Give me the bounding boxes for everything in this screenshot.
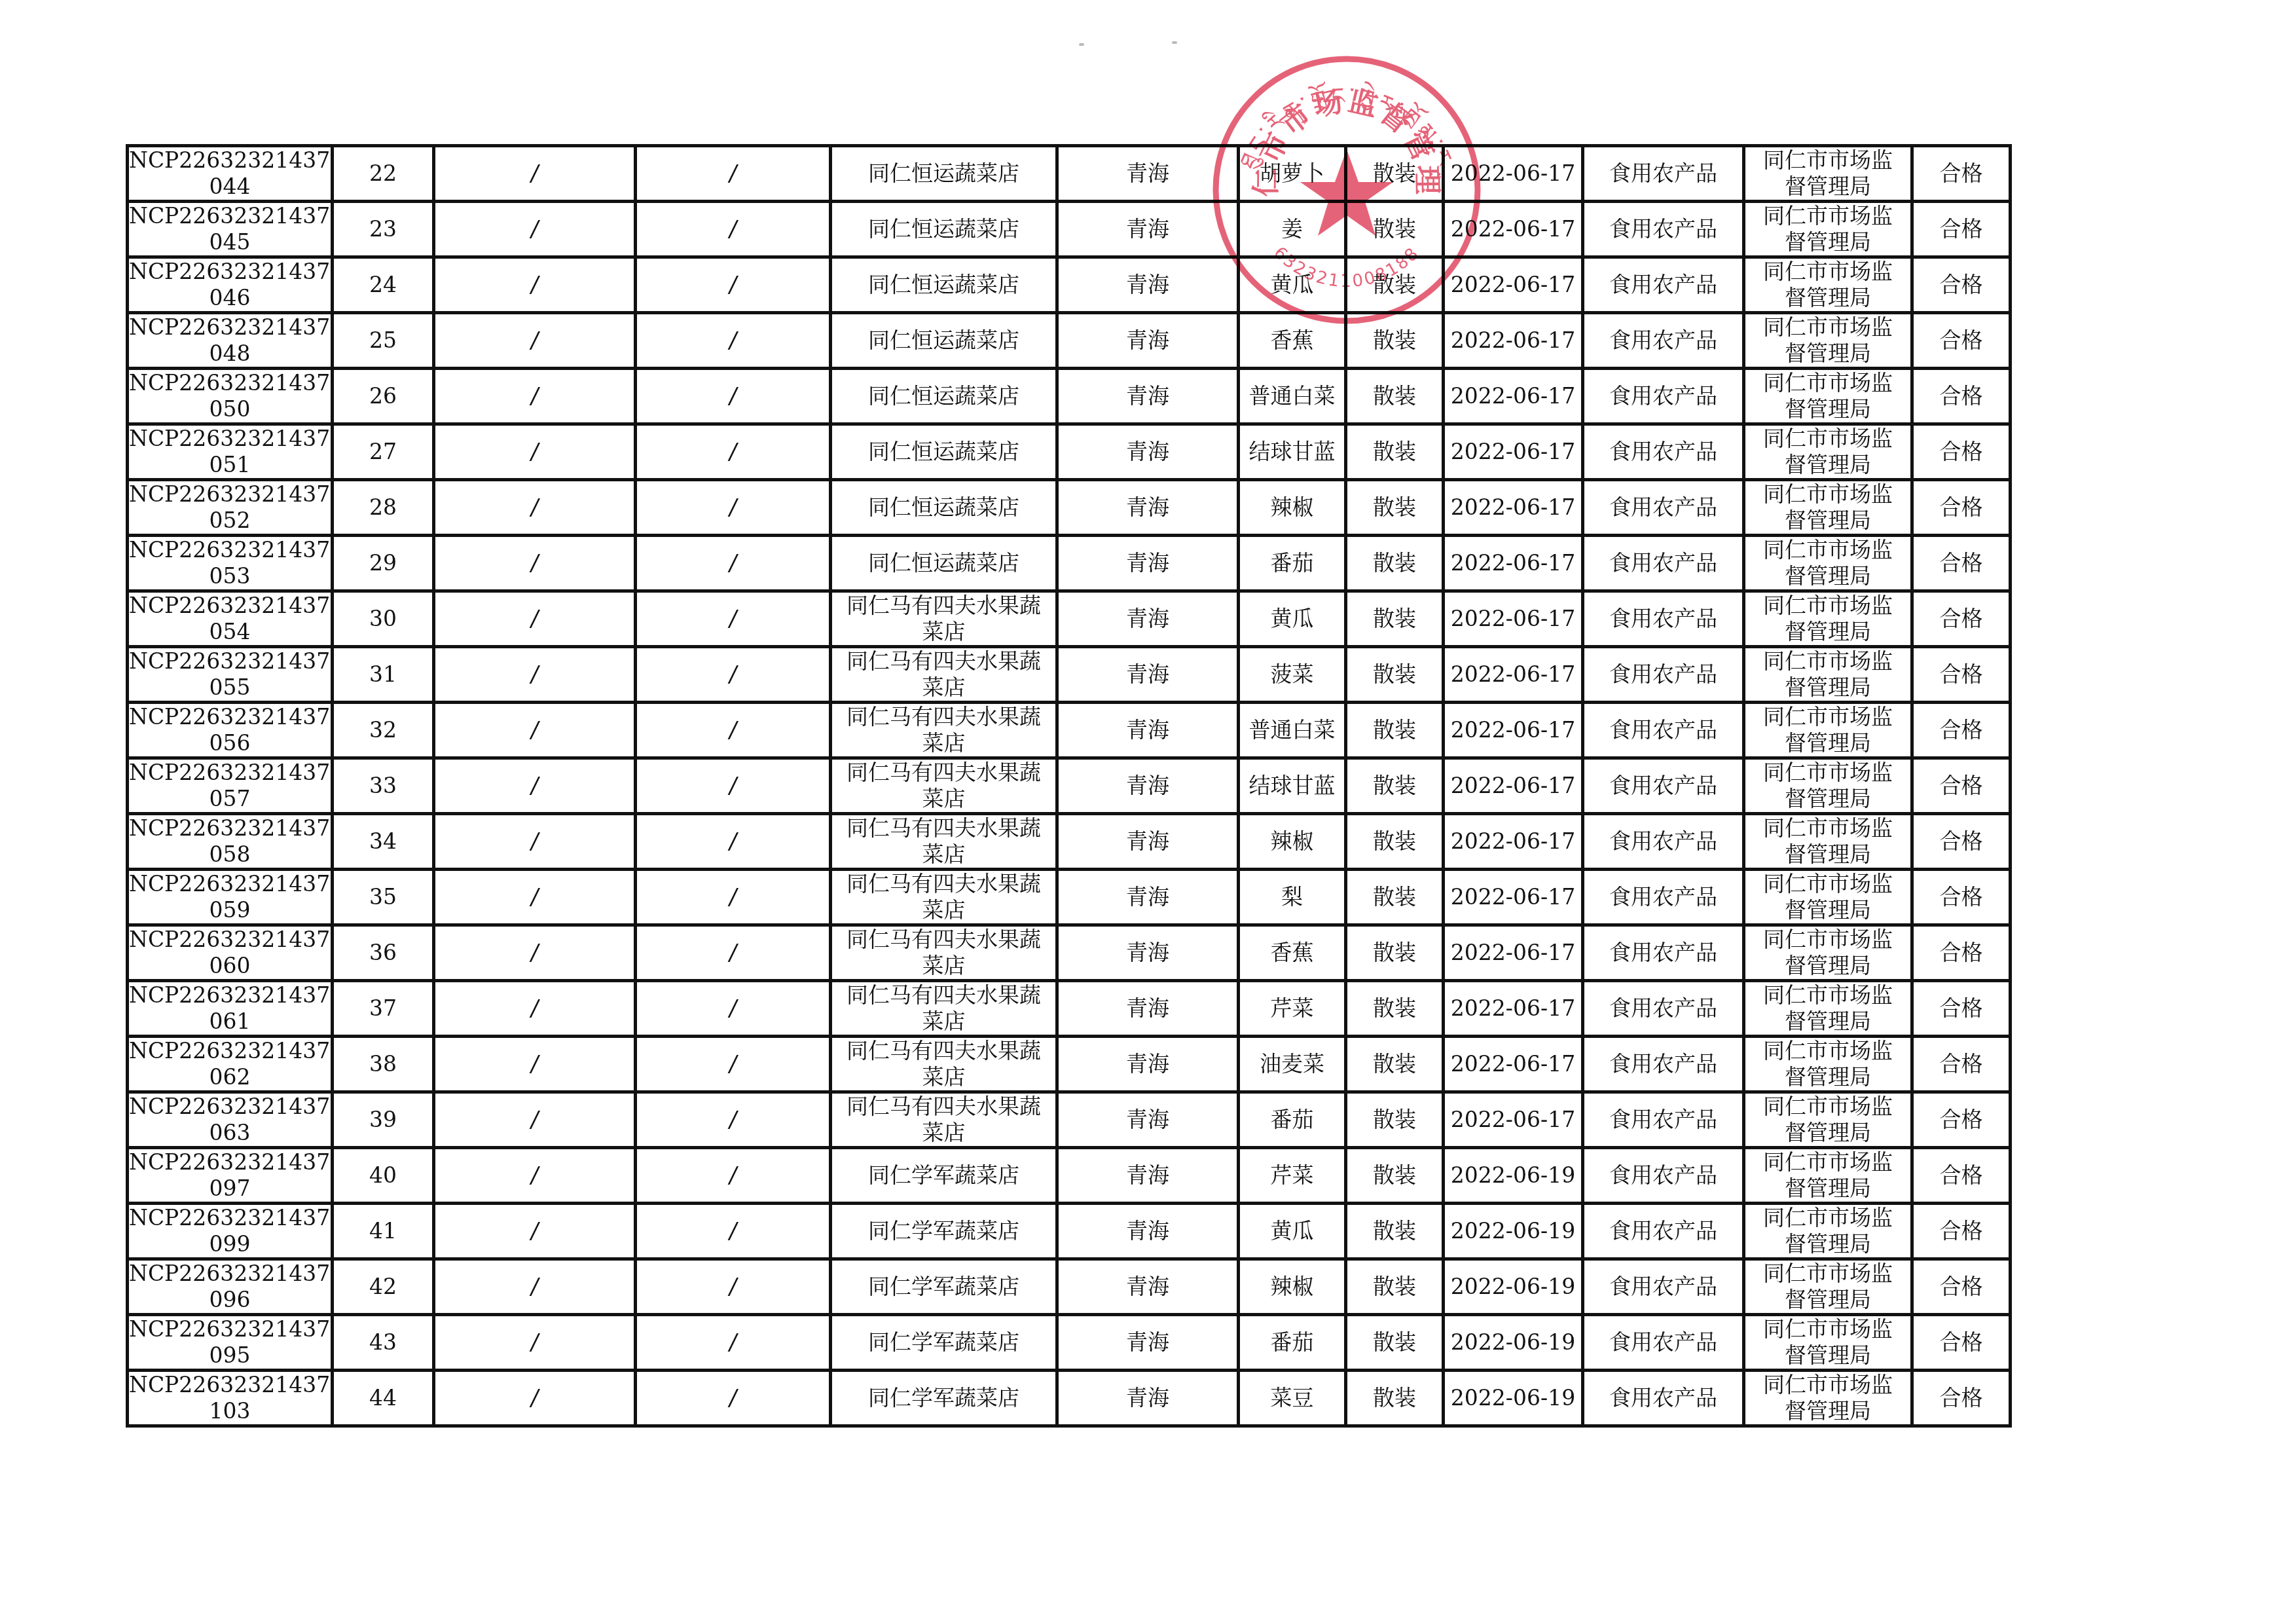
manufacturer-address-cell-text: /: [729, 884, 737, 910]
manufacturer-address-cell-text: /: [729, 828, 737, 854]
manufacturer-address-cell: /: [636, 313, 831, 369]
province-cell: 青海: [1057, 647, 1239, 703]
manufacturer-name-cell-text: /: [531, 828, 538, 854]
province-cell: 青海: [1057, 703, 1239, 758]
sampled-unit-cell-text: 菜店: [922, 730, 966, 756]
manufacturer-name-cell-text: /: [531, 1051, 538, 1077]
sampled-unit-cell-text: 菜店: [922, 841, 966, 867]
task-source-cell-text: 同仁市市场监: [1763, 147, 1893, 173]
manufacturer-address-cell: /: [636, 202, 831, 257]
food-name-cell-text: 黄瓜: [1271, 272, 1314, 297]
serial-number-cell: 40: [333, 1148, 434, 1204]
sample-id-cell-text: NCP22632321437430: [129, 1038, 333, 1063]
manufacturer-name-cell-text: /: [531, 1218, 538, 1244]
category-cell: 食用农产品: [1583, 146, 1744, 202]
production-date-cell: 2022-06-17: [1444, 146, 1583, 202]
scan-speck: [1079, 43, 1084, 46]
manufacturer-name-cell-text: /: [531, 272, 538, 297]
specification-cell-text: 散装: [1373, 1107, 1416, 1132]
sample-id-cell-text: NCP22632321437430: [129, 760, 333, 785]
sample-id-cell: NCP22632321437430052: [128, 480, 333, 536]
serial-number-cell-text: 24: [369, 272, 397, 297]
production-date-cell: 2022-06-17: [1444, 1092, 1583, 1148]
table-row: NCP2263232143743005026//同仁恒运蔬菜店青海普通白菜散装2…: [128, 369, 2011, 424]
serial-number-cell: 26: [333, 369, 434, 424]
category-cell: 食用农产品: [1583, 1315, 1744, 1371]
manufacturer-address-cell: /: [636, 703, 831, 758]
table-row: NCP2263232143743004422//同仁恒运蔬菜店青海胡萝卜散装20…: [128, 146, 2011, 202]
result-cell: 合格: [1912, 369, 2011, 424]
province-cell-text: 青海: [1126, 1385, 1169, 1411]
manufacturer-name-cell: /: [434, 257, 636, 313]
manufacturer-address-cell-text: /: [729, 717, 737, 743]
category-cell: 食用农产品: [1583, 925, 1744, 981]
production-date-cell: 2022-06-19: [1444, 1371, 1583, 1426]
serial-number-cell: 27: [333, 424, 434, 480]
serial-number-cell-text: 29: [369, 550, 397, 576]
specification-cell-text: 散装: [1373, 160, 1416, 186]
sampled-unit-cell-text: 菜店: [922, 786, 966, 811]
sampled-unit-cell-text: 菜店: [922, 897, 966, 923]
sample-id-cell-text: 062: [210, 1064, 251, 1090]
production-date-cell-text: 2022-06-17: [1451, 1107, 1575, 1132]
serial-number-cell-text: 42: [369, 1274, 397, 1299]
category-cell-text: 食用农产品: [1609, 1162, 1717, 1188]
specification-cell-text: 散装: [1373, 717, 1416, 743]
sample-id-cell-text: 044: [210, 174, 251, 199]
sampled-unit-cell-text: 同仁马有四夫水果蔬: [847, 1038, 1041, 1063]
sampled-unit-cell-text: 同仁恒运蔬菜店: [868, 327, 1019, 353]
sampled-unit-cell-text: 同仁马有四夫水果蔬: [847, 593, 1041, 618]
sampled-unit-cell-text: 同仁恒运蔬菜店: [868, 494, 1019, 520]
result-cell-text: 合格: [1940, 439, 1983, 464]
manufacturer-name-cell: /: [434, 146, 636, 202]
food-name-cell-text: 结球甘蓝: [1249, 773, 1336, 798]
manufacturer-address-cell: /: [636, 1259, 831, 1315]
food-name-cell: 香蕉: [1239, 925, 1346, 981]
sample-id-cell: NCP22632321437430057: [128, 758, 333, 814]
table-row: NCP2263232143743009642//同仁学军蔬菜店青海辣椒散装202…: [128, 1259, 2011, 1315]
task-source-cell-text: 督管理局: [1785, 563, 1871, 589]
manufacturer-address-cell: /: [636, 1148, 831, 1204]
manufacturer-address-cell: /: [636, 146, 831, 202]
province-cell: 青海: [1057, 981, 1239, 1037]
manufacturer-name-cell: /: [434, 1037, 636, 1092]
sample-id-cell-text: NCP22632321437430: [129, 927, 333, 952]
sampled-unit-cell-text: 同仁学军蔬菜店: [868, 1162, 1019, 1188]
result-cell: 合格: [1912, 1092, 2011, 1148]
serial-number-cell: 24: [333, 257, 434, 313]
category-cell-text: 食用农产品: [1609, 272, 1717, 297]
manufacturer-address-cell: /: [636, 925, 831, 981]
production-date-cell: 2022-06-17: [1444, 981, 1583, 1037]
sample-id-cell: NCP22632321437430054: [128, 591, 333, 647]
category-cell: 食用农产品: [1583, 313, 1744, 369]
specification-cell: 散装: [1346, 536, 1444, 591]
specification-cell: 散装: [1346, 369, 1444, 424]
task-source-cell: 同仁市市场监督管理局: [1744, 257, 1912, 313]
sampled-unit-cell-text: 菜店: [922, 619, 966, 644]
sample-id-cell-text: 057: [210, 786, 251, 811]
result-cell: 合格: [1912, 202, 2011, 257]
task-source-cell: 同仁市市场监督管理局: [1744, 1371, 1912, 1426]
manufacturer-name-cell: /: [434, 536, 636, 591]
sample-id-cell-text: NCP22632321437430: [129, 147, 333, 173]
sample-id-cell-text: 052: [210, 507, 251, 533]
province-cell-text: 青海: [1126, 995, 1169, 1021]
table-body: NCP2263232143743004422//同仁恒运蔬菜店青海胡萝卜散装20…: [128, 146, 2011, 1426]
table-row: NCP2263232143743006137//同仁马有四夫水果蔬菜店青海芹菜散…: [128, 981, 2011, 1037]
food-name-cell: 辣椒: [1239, 1259, 1346, 1315]
manufacturer-address-cell: /: [636, 257, 831, 313]
task-source-cell-text: 同仁市市场监: [1763, 1316, 1893, 1342]
production-date-cell-text: 2022-06-17: [1451, 550, 1575, 576]
sampled-unit-cell: 同仁恒运蔬菜店: [831, 480, 1057, 536]
production-date-cell: 2022-06-17: [1444, 257, 1583, 313]
task-source-cell-text: 督管理局: [1785, 953, 1871, 978]
food-name-cell-text: 姜: [1281, 216, 1303, 242]
province-cell-text: 青海: [1126, 773, 1169, 798]
sampled-unit-cell: 同仁恒运蔬菜店: [831, 146, 1057, 202]
specification-cell: 散装: [1346, 1371, 1444, 1426]
task-source-cell: 同仁市市场监督管理局: [1744, 758, 1912, 814]
result-cell: 合格: [1912, 981, 2011, 1037]
sampled-unit-cell: 同仁学军蔬菜店: [831, 1259, 1057, 1315]
sample-id-cell-text: 048: [210, 341, 251, 366]
result-cell-text: 合格: [1940, 272, 1983, 297]
manufacturer-address-cell: /: [636, 1037, 831, 1092]
specification-cell: 散装: [1346, 814, 1444, 870]
category-cell: 食用农产品: [1583, 814, 1744, 870]
manufacturer-address-cell-text: /: [729, 327, 737, 353]
result-cell-text: 合格: [1940, 327, 1983, 353]
category-cell: 食用农产品: [1583, 1259, 1744, 1315]
manufacturer-name-cell: /: [434, 1092, 636, 1148]
task-source-cell-text: 督管理局: [1785, 1175, 1871, 1201]
serial-number-cell: 43: [333, 1315, 434, 1371]
task-source-cell: 同仁市市场监督管理局: [1744, 1092, 1912, 1148]
manufacturer-address-cell-text: /: [729, 606, 737, 631]
sample-id-cell-text: NCP22632321437430: [129, 1316, 333, 1342]
sample-id-cell-text: NCP22632321437430: [129, 982, 333, 1008]
task-source-cell-text: 督管理局: [1785, 1064, 1871, 1090]
food-name-cell-text: 芹菜: [1271, 1162, 1314, 1188]
sample-id-cell-text: NCP22632321437430: [129, 537, 333, 563]
serial-number-cell: 30: [333, 591, 434, 647]
food-name-cell: 辣椒: [1239, 814, 1346, 870]
food-name-cell: 番茄: [1239, 1315, 1346, 1371]
serial-number-cell-text: 44: [369, 1385, 397, 1411]
specification-cell: 散装: [1346, 703, 1444, 758]
manufacturer-address-cell-text: /: [729, 995, 737, 1021]
manufacturer-name-cell-text: /: [531, 1329, 538, 1355]
sample-id-cell-text: NCP22632321437430: [129, 871, 333, 896]
result-cell-text: 合格: [1940, 1329, 1983, 1355]
production-date-cell: 2022-06-17: [1444, 703, 1583, 758]
manufacturer-address-cell-text: /: [729, 1162, 737, 1188]
sample-id-cell-text: NCP22632321437430: [129, 259, 333, 284]
result-cell-text: 合格: [1940, 717, 1983, 743]
result-cell-text: 合格: [1940, 216, 1983, 242]
production-date-cell-text: 2022-06-17: [1451, 439, 1575, 464]
table-row: NCP2263232143743005228//同仁恒运蔬菜店青海辣椒散装202…: [128, 480, 2011, 536]
serial-number-cell-text: 31: [369, 661, 397, 687]
province-cell: 青海: [1057, 1092, 1239, 1148]
result-cell: 合格: [1912, 1037, 2011, 1092]
serial-number-cell: 23: [333, 202, 434, 257]
province-cell-text: 青海: [1126, 550, 1169, 576]
sampled-unit-cell: 同仁恒运蔬菜店: [831, 257, 1057, 313]
serial-number-cell: 41: [333, 1204, 434, 1259]
category-cell: 食用农产品: [1583, 703, 1744, 758]
manufacturer-name-cell-text: /: [531, 383, 538, 409]
production-date-cell-text: 2022-06-17: [1451, 216, 1575, 242]
production-date-cell-text: 2022-06-19: [1451, 1162, 1575, 1188]
specification-cell: 散装: [1346, 424, 1444, 480]
result-cell: 合格: [1912, 647, 2011, 703]
province-cell-text: 青海: [1126, 216, 1169, 242]
table-row: NCP2263232143743010344//同仁学军蔬菜店青海菜豆散装202…: [128, 1371, 2011, 1426]
food-name-cell: 番茄: [1239, 536, 1346, 591]
category-cell-text: 食用农产品: [1609, 1107, 1717, 1132]
manufacturer-name-cell: /: [434, 480, 636, 536]
food-name-cell: 番茄: [1239, 1092, 1346, 1148]
serial-number-cell-text: 27: [369, 439, 397, 464]
serial-number-cell: 35: [333, 870, 434, 925]
category-cell-text: 食用农产品: [1609, 216, 1717, 242]
task-source-cell-text: 同仁市市场监: [1763, 760, 1893, 785]
category-cell-text: 食用农产品: [1609, 940, 1717, 965]
manufacturer-name-cell: /: [434, 202, 636, 257]
manufacturer-name-cell-text: /: [531, 160, 538, 186]
sample-id-cell-text: 061: [210, 1008, 251, 1034]
specification-cell: 散装: [1346, 1204, 1444, 1259]
task-source-cell-text: 同仁市市场监: [1763, 815, 1893, 841]
sample-id-cell: NCP22632321437430062: [128, 1037, 333, 1092]
food-name-cell-text: 番茄: [1271, 1329, 1314, 1355]
sampled-unit-cell-text: 同仁恒运蔬菜店: [868, 550, 1019, 576]
result-cell-text: 合格: [1940, 884, 1983, 910]
result-cell: 合格: [1912, 1315, 2011, 1371]
task-source-cell-text: 督管理局: [1785, 619, 1871, 644]
serial-number-cell: 32: [333, 703, 434, 758]
manufacturer-name-cell: /: [434, 1315, 636, 1371]
manufacturer-address-cell-text: /: [729, 1329, 737, 1355]
category-cell-text: 食用农产品: [1609, 995, 1717, 1021]
category-cell-text: 食用农产品: [1609, 160, 1717, 186]
province-cell: 青海: [1057, 480, 1239, 536]
specification-cell: 散装: [1346, 1315, 1444, 1371]
table-row: NCP2263232143743009740//同仁学军蔬菜店青海芹菜散装202…: [128, 1148, 2011, 1204]
category-cell-text: 食用农产品: [1609, 884, 1717, 910]
task-source-cell-text: 同仁市市场监: [1763, 481, 1893, 507]
manufacturer-address-cell: /: [636, 1092, 831, 1148]
category-cell-text: 食用农产品: [1609, 773, 1717, 798]
serial-number-cell-text: 41: [369, 1218, 397, 1244]
sample-id-cell-text: NCP22632321437430: [129, 314, 333, 340]
province-cell-text: 青海: [1126, 661, 1169, 687]
manufacturer-address-cell: /: [636, 814, 831, 870]
sample-id-cell-text: NCP22632321437430: [129, 481, 333, 507]
table-row: NCP2263232143743005834//同仁马有四夫水果蔬菜店青海辣椒散…: [128, 814, 2011, 870]
task-source-cell-text: 同仁市市场监: [1763, 593, 1893, 618]
production-date-cell: 2022-06-17: [1444, 925, 1583, 981]
province-cell: 青海: [1057, 1148, 1239, 1204]
result-cell-text: 合格: [1940, 383, 1983, 409]
manufacturer-name-cell-text: /: [531, 940, 538, 965]
result-cell: 合格: [1912, 1371, 2011, 1426]
province-cell-text: 青海: [1126, 1329, 1169, 1355]
sampled-unit-cell-text: 同仁马有四夫水果蔬: [847, 648, 1041, 674]
specification-cell: 散装: [1346, 591, 1444, 647]
result-cell-text: 合格: [1940, 1218, 1983, 1244]
province-cell: 青海: [1057, 1315, 1239, 1371]
food-name-cell-text: 黄瓜: [1271, 606, 1314, 631]
task-source-cell-text: 督管理局: [1785, 396, 1871, 422]
category-cell-text: 食用农产品: [1609, 439, 1717, 464]
task-source-cell: 同仁市市场监督管理局: [1744, 1148, 1912, 1204]
production-date-cell: 2022-06-17: [1444, 758, 1583, 814]
production-date-cell-text: 2022-06-17: [1451, 661, 1575, 687]
task-source-cell-text: 同仁市市场监: [1763, 537, 1893, 563]
result-cell: 合格: [1912, 146, 2011, 202]
table-row: NCP2263232143743005733//同仁马有四夫水果蔬菜店青海结球甘…: [128, 758, 2011, 814]
sample-id-cell-text: 053: [210, 563, 251, 589]
sampled-unit-cell: 同仁学军蔬菜店: [831, 1148, 1057, 1204]
specification-cell: 散装: [1346, 257, 1444, 313]
result-cell: 合格: [1912, 870, 2011, 925]
food-name-cell: 香蕉: [1239, 313, 1346, 369]
serial-number-cell-text: 22: [369, 160, 397, 186]
sample-id-cell-text: NCP22632321437430: [129, 203, 333, 229]
sampled-unit-cell: 同仁马有四夫水果蔬菜店: [831, 1037, 1057, 1092]
table-row: NCP2263232143743005127//同仁恒运蔬菜店青海结球甘蓝散装2…: [128, 424, 2011, 480]
manufacturer-name-cell-text: /: [531, 1274, 538, 1299]
manufacturer-address-cell: /: [636, 536, 831, 591]
sampled-unit-cell: 同仁恒运蔬菜店: [831, 424, 1057, 480]
table-row: NCP2263232143743004825//同仁恒运蔬菜店青海香蕉散装202…: [128, 313, 2011, 369]
sample-id-cell-text: 051: [210, 452, 251, 477]
task-source-cell: 同仁市市场监督管理局: [1744, 925, 1912, 981]
serial-number-cell-text: 43: [369, 1329, 397, 1355]
specification-cell-text: 散装: [1373, 216, 1416, 242]
food-name-cell-text: 梨: [1281, 884, 1303, 910]
province-cell: 青海: [1057, 1371, 1239, 1426]
scan-speck: [1172, 41, 1177, 44]
sample-id-cell: NCP22632321437430045: [128, 202, 333, 257]
serial-number-cell-text: 34: [369, 828, 397, 854]
table-row: NCP2263232143743005329//同仁恒运蔬菜店青海番茄散装202…: [128, 536, 2011, 591]
task-source-cell: 同仁市市场监督管理局: [1744, 591, 1912, 647]
specification-cell: 散装: [1346, 1037, 1444, 1092]
category-cell: 食用农产品: [1583, 369, 1744, 424]
task-source-cell: 同仁市市场监督管理局: [1744, 313, 1912, 369]
result-cell: 合格: [1912, 1148, 2011, 1204]
serial-number-cell: 31: [333, 647, 434, 703]
serial-number-cell: 37: [333, 981, 434, 1037]
sample-id-cell-text: 059: [210, 897, 251, 923]
task-source-cell-text: 督管理局: [1785, 841, 1871, 867]
sampled-unit-cell-text: 同仁学军蔬菜店: [868, 1329, 1019, 1355]
sampled-unit-cell: 同仁马有四夫水果蔬菜店: [831, 1092, 1057, 1148]
task-source-cell: 同仁市市场监督管理局: [1744, 1259, 1912, 1315]
specification-cell-text: 散装: [1373, 606, 1416, 631]
result-cell-text: 合格: [1940, 1051, 1983, 1077]
task-source-cell-text: 督管理局: [1785, 1342, 1871, 1368]
result-cell-text: 合格: [1940, 661, 1983, 687]
category-cell: 食用农产品: [1583, 1204, 1744, 1259]
result-cell-text: 合格: [1940, 494, 1983, 520]
result-cell-text: 合格: [1940, 1107, 1983, 1132]
category-cell-text: 食用农产品: [1609, 1274, 1717, 1299]
specification-cell: 散装: [1346, 981, 1444, 1037]
sample-id-cell: NCP22632321437430099: [128, 1204, 333, 1259]
serial-number-cell-text: 38: [369, 1051, 397, 1077]
production-date-cell: 2022-06-17: [1444, 369, 1583, 424]
sampled-unit-cell: 同仁马有四夫水果蔬菜店: [831, 814, 1057, 870]
manufacturer-address-cell-text: /: [729, 661, 737, 687]
task-source-cell-text: 督管理局: [1785, 174, 1871, 199]
table-row: NCP2263232143743005632//同仁马有四夫水果蔬菜店青海普通白…: [128, 703, 2011, 758]
manufacturer-address-cell-text: /: [729, 216, 737, 242]
task-source-cell-text: 同仁市市场监: [1763, 648, 1893, 674]
task-source-cell: 同仁市市场监督管理局: [1744, 369, 1912, 424]
sample-id-cell: NCP22632321437430048: [128, 313, 333, 369]
category-cell: 食用农产品: [1583, 1148, 1744, 1204]
category-cell-text: 食用农产品: [1609, 383, 1717, 409]
task-source-cell: 同仁市市场监督管理局: [1744, 1037, 1912, 1092]
food-name-cell: 芹菜: [1239, 981, 1346, 1037]
specification-cell-text: 散装: [1373, 661, 1416, 687]
sample-id-cell-text: NCP22632321437430: [129, 1261, 333, 1286]
province-cell-text: 青海: [1126, 884, 1169, 910]
sample-id-cell-text: NCP22632321437430: [129, 1094, 333, 1119]
serial-number-cell: 25: [333, 313, 434, 369]
manufacturer-address-cell-text: /: [729, 1051, 737, 1077]
manufacturer-name-cell-text: /: [531, 494, 538, 520]
sampled-unit-cell-text: 同仁恒运蔬菜店: [868, 272, 1019, 297]
production-date-cell-text: 2022-06-17: [1451, 773, 1575, 798]
province-cell: 青海: [1057, 536, 1239, 591]
specification-cell-text: 散装: [1373, 550, 1416, 576]
sample-id-cell: NCP22632321437430063: [128, 1092, 333, 1148]
production-date-cell: 2022-06-17: [1444, 1037, 1583, 1092]
manufacturer-name-cell: /: [434, 814, 636, 870]
result-cell: 合格: [1912, 424, 2011, 480]
sampled-unit-cell-text: 同仁马有四夫水果蔬: [847, 815, 1041, 841]
sampled-unit-cell-text: 同仁恒运蔬菜店: [868, 439, 1019, 464]
serial-number-cell-text: 36: [369, 940, 397, 965]
category-cell: 食用农产品: [1583, 981, 1744, 1037]
sample-id-cell-text: 046: [210, 285, 251, 310]
sample-id-cell-text: NCP22632321437430: [129, 593, 333, 618]
category-cell: 食用农产品: [1583, 1371, 1744, 1426]
manufacturer-address-cell: /: [636, 870, 831, 925]
inspection-results-table: NCP2263232143743004422//同仁恒运蔬菜店青海胡萝卜散装20…: [126, 144, 2012, 1428]
serial-number-cell-text: 30: [369, 606, 397, 631]
manufacturer-address-cell-text: /: [729, 494, 737, 520]
specification-cell: 散装: [1346, 925, 1444, 981]
result-cell-text: 合格: [1940, 1385, 1983, 1411]
task-source-cell-text: 督管理局: [1785, 507, 1871, 533]
province-cell-text: 青海: [1126, 327, 1169, 353]
manufacturer-address-cell: /: [636, 1204, 831, 1259]
specification-cell-text: 散装: [1373, 1162, 1416, 1188]
production-date-cell: 2022-06-17: [1444, 536, 1583, 591]
serial-number-cell: 33: [333, 758, 434, 814]
production-date-cell-text: 2022-06-17: [1451, 272, 1575, 297]
task-source-cell-text: 同仁市市场监: [1763, 871, 1893, 896]
